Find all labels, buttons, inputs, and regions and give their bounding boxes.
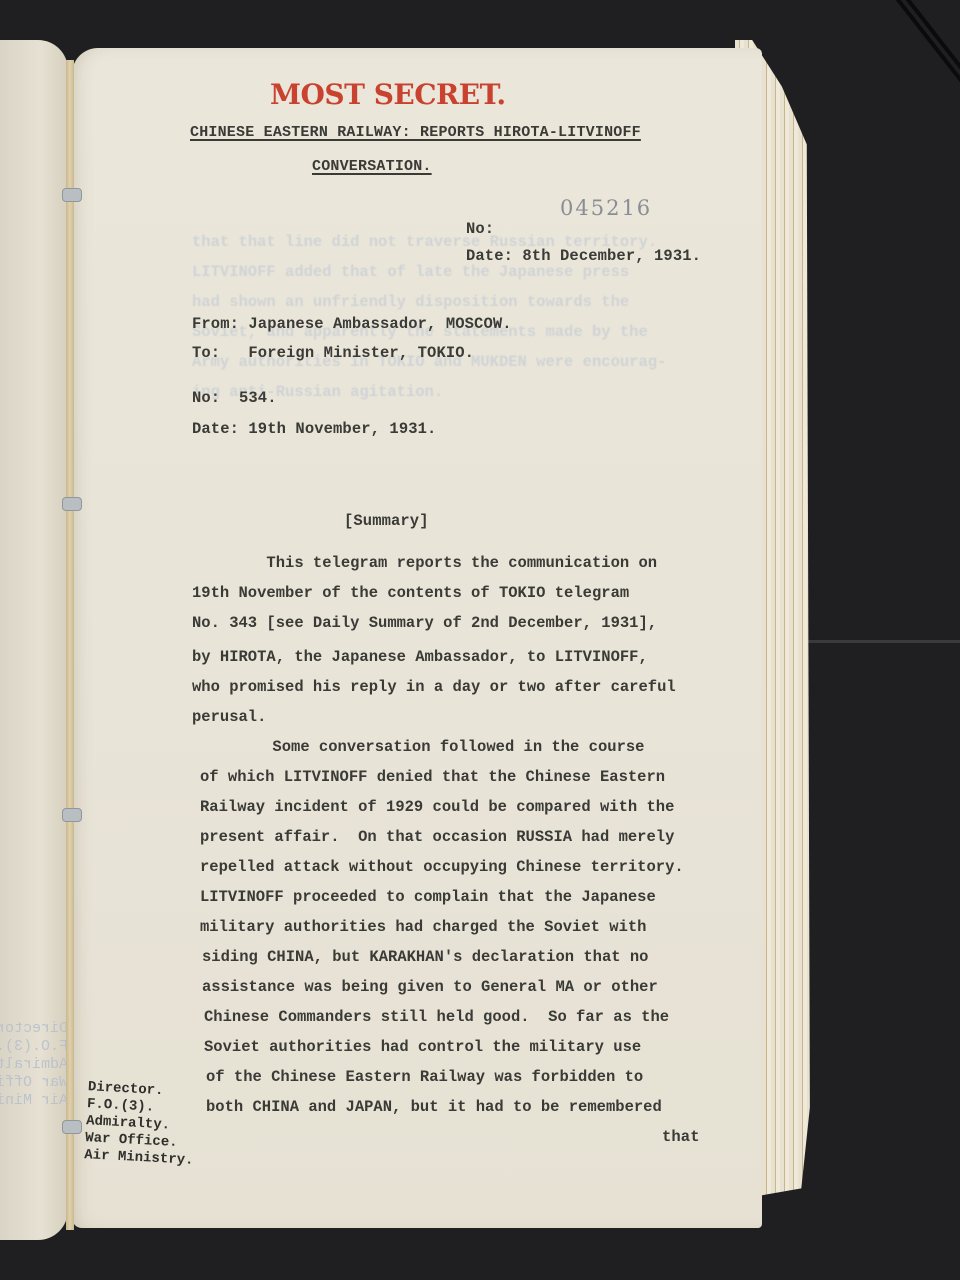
archive-stamp-number: 045216 <box>560 196 652 220</box>
paragraph-line: Railway incident of 1929 could be compar… <box>200 798 674 816</box>
paragraph-line: siding CHINA, but KARAKHAN's declaration… <box>202 948 648 966</box>
binding-string <box>62 808 82 822</box>
paragraph-line: Some conversation followed in the course <box>198 738 644 756</box>
paragraph-line: Chinese Commanders still held good. So f… <box>204 1008 669 1026</box>
telegram-date: Date: 19th November, 1931. <box>192 420 436 438</box>
paragraph-line: military authorities had charged the Sov… <box>200 918 646 936</box>
paragraph-line: of which LITVINOFF denied that the Chine… <box>200 768 665 786</box>
binding-string <box>62 497 82 511</box>
paragraph-line: repelled attack without occupying Chines… <box>200 858 684 876</box>
classification-heading: MOST SECRET. <box>270 78 506 111</box>
paragraph-line: assistance was being given to General MA… <box>202 978 658 996</box>
document-title-line2: CONVERSATION. <box>312 158 432 175</box>
summary-heading: [Summary] <box>344 512 429 530</box>
paragraph-line: 19th November of the contents of TOKIO t… <box>192 584 629 602</box>
to-line: To: Foreign Minister, TOKIO. <box>192 344 474 362</box>
distribution-list: Director.F.O.(3).Admiralty.War Office.Ai… <box>84 1079 198 1170</box>
paragraph-line: present affair. On that occasion RUSSIA … <box>200 828 674 846</box>
binding-string <box>62 188 82 202</box>
binding-gutter <box>66 60 74 1230</box>
bleed-line: had shown an unfriendly disposition towa… <box>192 287 629 317</box>
background-cable <box>890 0 960 90</box>
paragraph-line: of the Chinese Eastern Railway was forbi… <box>206 1068 643 1086</box>
background-board-edge <box>790 640 960 643</box>
left-page-bleed-through: Director. F.O.(3). Admiralty. War Office… <box>0 1020 68 1130</box>
paragraph-line: Soviet authorities had control the milit… <box>204 1038 641 1056</box>
paragraph-line: This telegram reports the communication … <box>192 554 657 572</box>
document-title-line1: CHINESE EASTERN RAILWAY: REPORTS HIROTA-… <box>190 124 641 141</box>
paragraph-line: by HIROTA, the Japanese Ambassador, to L… <box>192 648 648 666</box>
reference-date: Date: 8th December, 1931. <box>466 247 701 265</box>
paragraph-line: perusal. <box>192 708 266 726</box>
paragraph-line: who promised his reply in a day or two a… <box>192 678 676 696</box>
telegram-number: No: 534. <box>192 389 277 407</box>
binding-string <box>62 1120 82 1134</box>
paragraph-line: No. 343 [see Daily Summary of 2nd Decemb… <box>192 614 657 632</box>
paragraph-line: both CHINA and JAPAN, but it had to be r… <box>206 1098 662 1116</box>
reference-number-label: No: <box>466 220 494 238</box>
catchword: that <box>662 1128 700 1146</box>
from-line: From: Japanese Ambassador, MOSCOW. <box>192 315 512 333</box>
paragraph-line: LITVINOFF proceeded to complain that the… <box>200 888 656 906</box>
